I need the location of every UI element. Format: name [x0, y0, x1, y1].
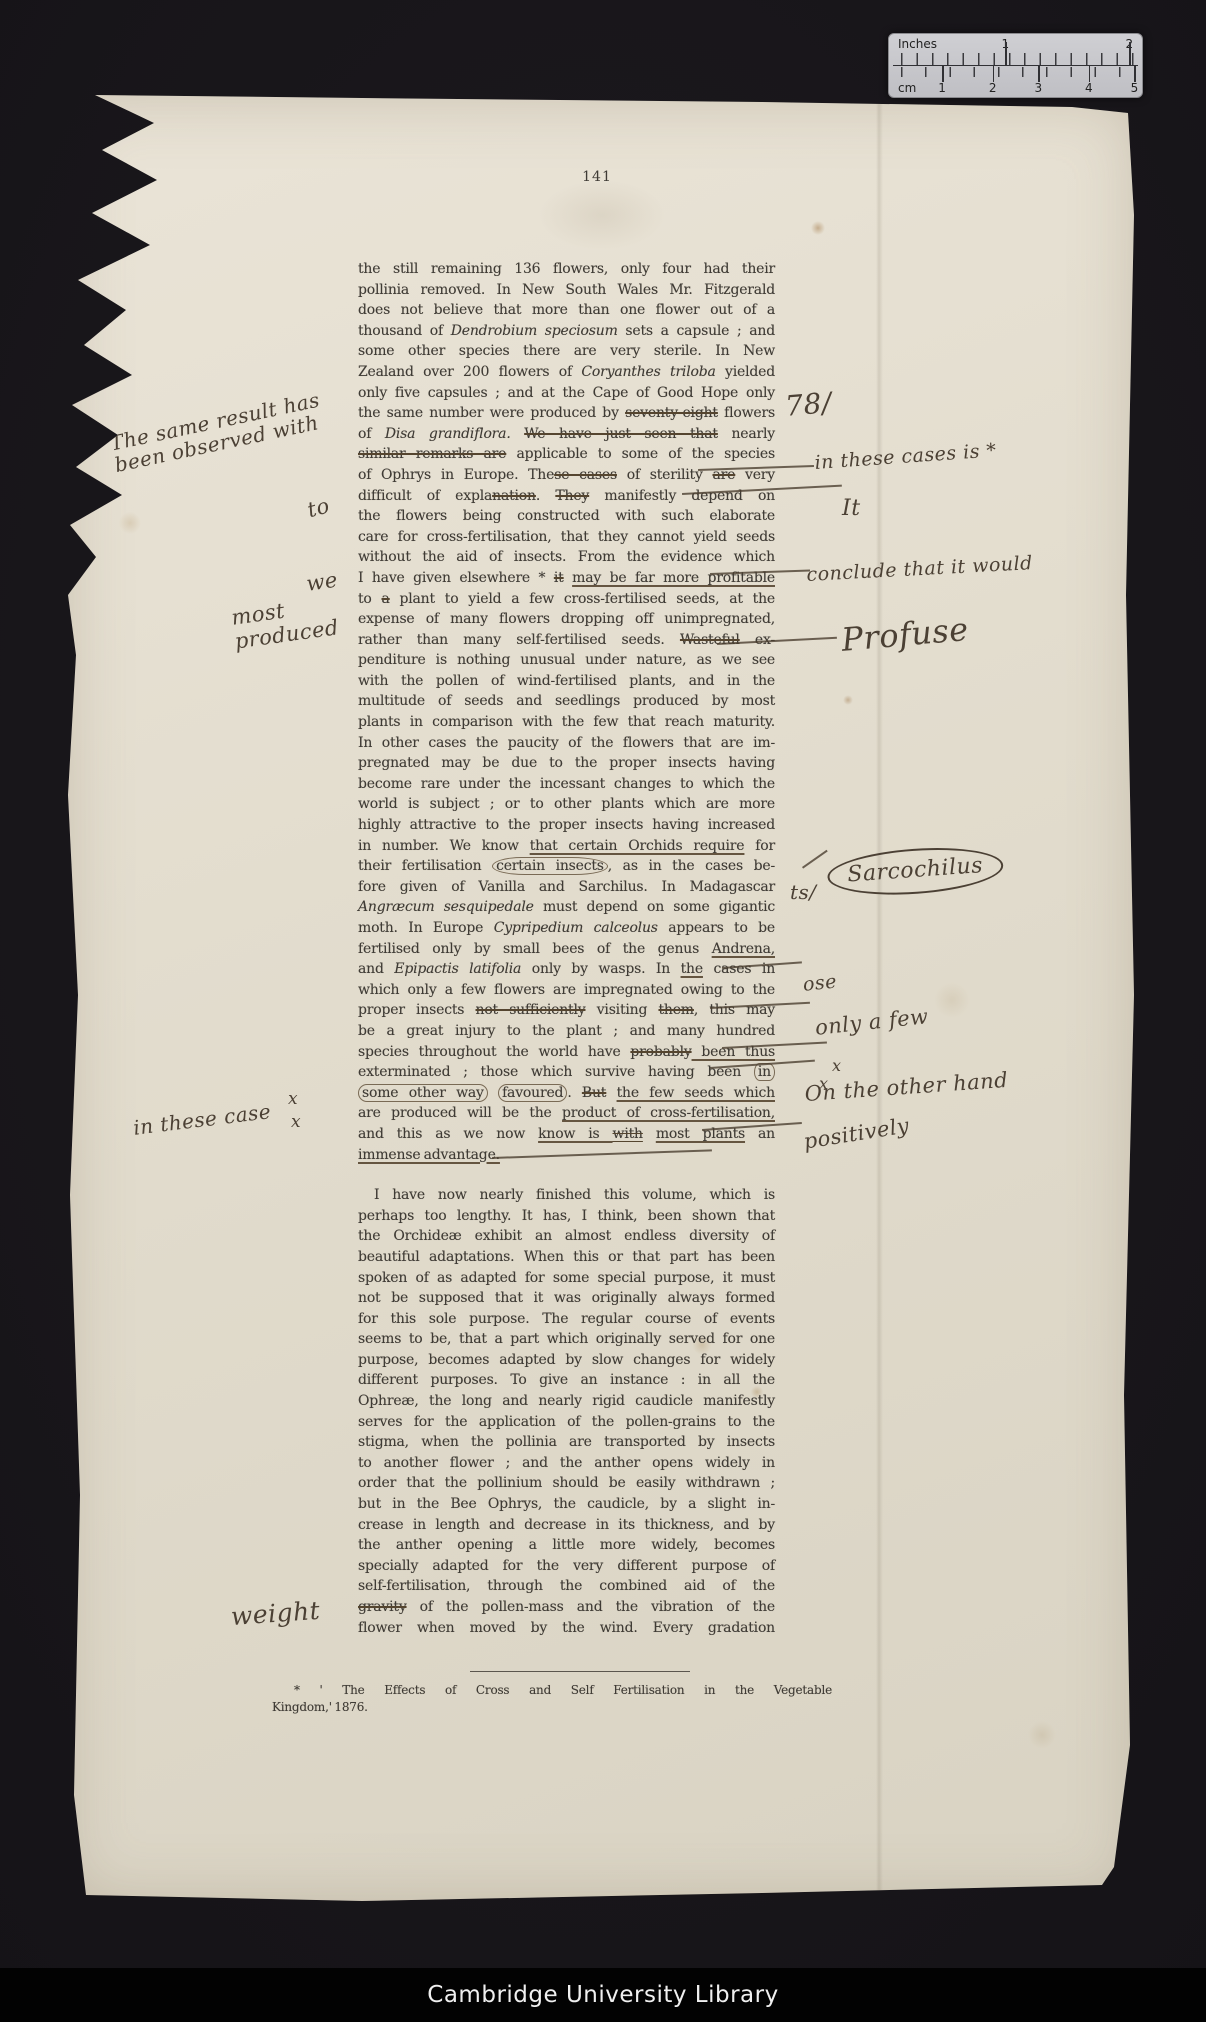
text-line: Ophreæ, the long and nearly rigid caudic…	[358, 1391, 775, 1412]
paragraph-1: the still remaining 136 flowers, only fo…	[358, 259, 775, 1165]
text-line: fore given of Vanilla and Sarchilus. In …	[358, 877, 775, 898]
text-line: seems to be, that a part which originall…	[358, 1329, 775, 1350]
margin-note: positively	[802, 1114, 911, 1154]
text-line: similar remarks are applicable to some o…	[358, 444, 775, 465]
text-line: are produced will be the product of cros…	[358, 1103, 775, 1124]
text-line: only five capsules ; and at the Cape of …	[358, 383, 775, 404]
text-line: Angræcum sesquipedale must depend on som…	[358, 897, 775, 918]
text-line: penditure is nothing unusual under natur…	[358, 650, 775, 671]
text-line: in number. We know that certain Orchids …	[358, 836, 775, 857]
text-line: pregnated may be due to the proper insec…	[358, 753, 775, 774]
text-line: with the pollen of wind-fertilised plant…	[358, 671, 775, 692]
text-line: different purposes. To give an instance …	[358, 1370, 775, 1391]
ruler-cm-tick	[1089, 65, 1091, 82]
text-line: pollinia removed. In New South Wales Mr.…	[358, 280, 775, 301]
margin-note: to	[305, 494, 332, 522]
margin-note: Sarcochilus	[826, 843, 1004, 900]
ruler-cm-ticks	[901, 67, 1134, 77]
text-line: expense of many flowers dropping off uni…	[358, 609, 775, 630]
text-line: order that the pollinium should be easil…	[358, 1473, 775, 1494]
text-line: perhaps too lengthy. It has, I think, be…	[358, 1206, 775, 1227]
text-line: highly attractive to the proper insects …	[358, 815, 775, 836]
text-line: the same number were produced by seventy…	[358, 403, 775, 424]
ruler-cm-number: 2	[989, 81, 997, 95]
text-line: which only a few flowers are impregnated…	[358, 980, 775, 1001]
text-line: some other species there are very steril…	[358, 341, 775, 362]
text-line: I have given elsewhere * it may be far m…	[358, 568, 775, 589]
ruler-inch-ticks	[901, 53, 1134, 65]
text-line: * ' The Effects of Cross and Self Fertil…	[272, 1682, 832, 1699]
text-line: the Orchideæ exhibit an almost endless d…	[358, 1226, 775, 1247]
margin-note: ts/	[790, 881, 817, 903]
text-line: world is subject ; or to other plants wh…	[358, 794, 775, 815]
text-line: the anther opening a little more widely,…	[358, 1535, 775, 1556]
page-number: 141	[522, 169, 672, 185]
ruler-inches-label: Inches	[898, 37, 937, 51]
text-line: stigma, when the pollinia are transporte…	[358, 1432, 775, 1453]
ruler-inch-tick	[1005, 42, 1007, 66]
text-line: become rare under the incessant changes …	[358, 774, 775, 795]
text-line: to a plant to yield a few cross-fertilis…	[358, 589, 775, 610]
margin-note: The same result has been observed with	[108, 389, 326, 477]
text-line: Kingdom,' 1876.	[272, 1699, 832, 1716]
ruler-cm-tick	[942, 65, 944, 82]
ruler-cm-number: 1	[938, 81, 946, 95]
text-line: the still remaining 136 flowers, only fo…	[358, 259, 775, 280]
ruler-cm-label: cm	[898, 81, 916, 95]
text-line: serves for the application of the pollen…	[358, 1412, 775, 1433]
footnote: * ' The Effects of Cross and Self Fertil…	[272, 1682, 832, 1716]
library-caption: Cambridge University Library	[427, 1982, 778, 2008]
text-line: species throughout the world have probab…	[358, 1042, 775, 1063]
text-line: plants in comparison with the few that r…	[358, 712, 775, 733]
footnote-rule	[470, 1671, 690, 1672]
text-line: but in the Bee Ophrys, the caudicle, by …	[358, 1494, 775, 1515]
text-line: care for cross-fertilisation, that they …	[358, 527, 775, 548]
printed-text-column: the still remaining 136 flowers, only fo…	[358, 259, 775, 1716]
text-line: purpose, becomes adapted by slow changes…	[358, 1350, 775, 1371]
text-line: spoken of as adapted for some special pu…	[358, 1268, 775, 1289]
text-line: multitude of seeds and seedlings produce…	[358, 691, 775, 712]
margin-note: 78/	[784, 387, 833, 422]
text-line: beautiful adaptations. When this or that…	[358, 1247, 775, 1268]
margin-note: most produced	[230, 592, 340, 653]
margin-note: in these case	[132, 1100, 272, 1139]
margin-note: conclude that it would	[806, 553, 1033, 586]
text-line: rather than many self-fertilised seeds. …	[358, 630, 775, 651]
text-line: to another flower ; and the anther opens…	[358, 1453, 775, 1474]
text-line: thousand of Dendrobium speciosum sets a …	[358, 321, 775, 342]
text-line: does not believe that more than one flow…	[358, 300, 775, 321]
ruler-cm-number: 4	[1085, 81, 1093, 95]
pencil-stroke	[802, 850, 828, 869]
measurement-ruler: Inches cm 1212345	[888, 33, 1143, 98]
text-line: I have now nearly finished this volume, …	[358, 1185, 775, 1206]
ruler-cm-tick	[1038, 65, 1040, 82]
text-line: exterminated ; those which survive havin…	[358, 1062, 775, 1083]
text-line: without the aid of insects. From the evi…	[358, 547, 775, 568]
margin-note: It	[842, 497, 861, 522]
margin-note: Profuse	[840, 612, 970, 659]
margin-note: ose	[802, 971, 838, 996]
text-line: difficult of explanation. They manifestl…	[358, 486, 775, 507]
margin-note: x	[291, 1113, 301, 1132]
text-line: and this as we now know is with most pla…	[358, 1124, 775, 1145]
text-line: not be supposed that it was originally a…	[358, 1288, 775, 1309]
ruler-cm-number: 3	[1034, 81, 1042, 95]
margin-note: only a few	[814, 1005, 930, 1040]
text-line: Zealand over 200 flowers of Coryanthes t…	[358, 362, 775, 383]
text-line: and Epipactis latifolia only by wasps. I…	[358, 959, 775, 980]
manuscript-page: 141 the still remaining 136 flowers, onl…	[62, 95, 1140, 1907]
text-line: the flowers being constructed with such …	[358, 506, 775, 527]
text-line: proper insects not sufficiently visiting…	[358, 1000, 775, 1021]
text-line: fertilised only by small bees of the gen…	[358, 939, 775, 960]
text-line: flower when moved by the wind. Every gra…	[358, 1618, 775, 1639]
ruler-cm-number: 5	[1131, 81, 1139, 95]
margin-note: in these cases is *	[814, 440, 997, 474]
text-line: moth. In Europe Cypripedium calceolus ap…	[358, 918, 775, 939]
ruler-cm-tick	[1134, 65, 1136, 82]
margin-note: x	[288, 1090, 298, 1109]
margin-note: weight	[230, 1597, 321, 1631]
margin-note: x	[832, 1057, 842, 1075]
text-line: crease in length and decrease in its thi…	[358, 1515, 775, 1536]
paragraph-2: I have now nearly finished this volume, …	[358, 1185, 775, 1638]
text-line: for this sole purpose. The regular cours…	[358, 1309, 775, 1330]
text-line: In other cases the paucity of the flower…	[358, 733, 775, 754]
ruler-cm-tick	[993, 65, 995, 82]
text-line: gravity of the pollen-mass and the vibra…	[358, 1597, 775, 1618]
text-line: their fertilisation certain insects, as …	[358, 856, 775, 877]
text-line: specially adapted for the very different…	[358, 1556, 775, 1577]
text-line: some other way favoured. But the few see…	[358, 1083, 775, 1104]
margin-note: we	[305, 569, 339, 597]
text-line: of Disa grandiflora. We have just seen t…	[358, 424, 775, 445]
text-line: self-fertilisation, through the combined…	[358, 1576, 775, 1597]
ruler-inch-tick	[1129, 42, 1131, 66]
library-caption-band: Cambridge University Library	[0, 1968, 1206, 2022]
ruler-midline	[893, 65, 1138, 66]
text-line: be a great injury to the plant ; and man…	[358, 1021, 775, 1042]
